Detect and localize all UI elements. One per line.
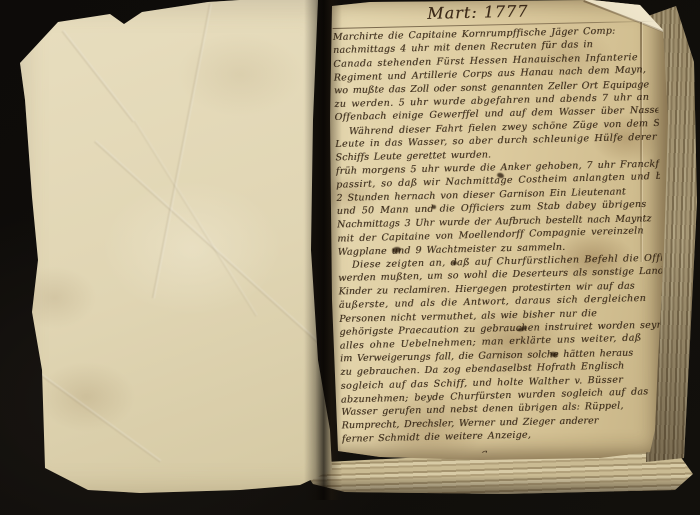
paper-crease [38, 372, 161, 463]
manuscript-page-content: Mart: 1777 Marchirte die Capitaine Kornr… [332, 0, 666, 456]
manuscript-text: Marchirte die Capitaine Kornrumpffische … [333, 24, 666, 447]
paper-crease [152, 3, 212, 298]
photo-of-open-manuscript-book: Mart: 1777 Marchirte die Capitaine Kornr… [0, 0, 700, 515]
paper-crease [133, 120, 257, 317]
ink-blot [432, 205, 436, 209]
ink-blot [452, 261, 457, 265]
blank-left-page [16, 0, 336, 496]
paper-crease [62, 30, 135, 122]
manuscript-right-page: Mart: 1777 Marchirte die Capitaine Kornr… [322, 0, 668, 462]
paper-crease [94, 140, 356, 376]
